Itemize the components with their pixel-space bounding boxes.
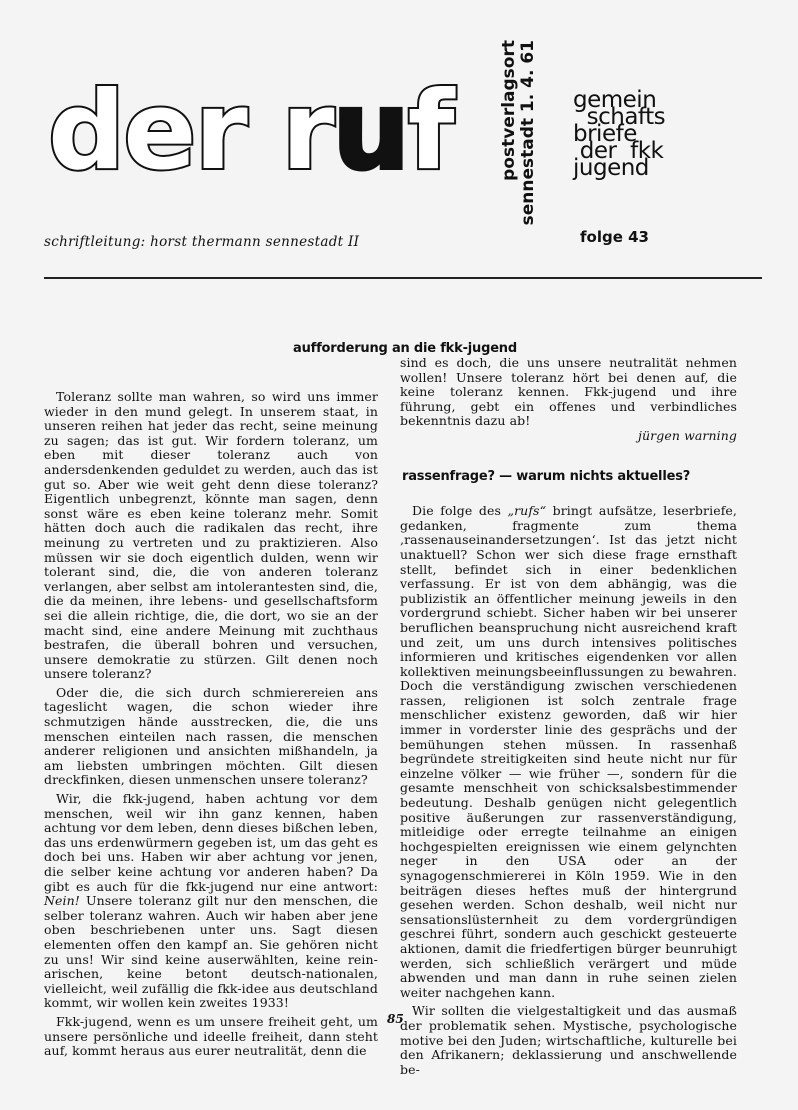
paragraph: Wir, die fkk-jugend, haben achtung vor d…	[44, 792, 378, 1011]
author-signature: jürgen warning	[400, 429, 737, 444]
paragraph: Toleranz sollte man wahren, so wird uns …	[44, 390, 378, 682]
editor-line: schriftleitung: horst thermann sennestad…	[44, 234, 359, 250]
logo-text-u: u	[333, 69, 408, 194]
masthead-logo: der ruf	[48, 78, 453, 186]
paragraph: Fkk-jugend, wenn es um unsere freiheit g…	[44, 1015, 378, 1059]
left-column: Toleranz sollte man wahren, so wird uns …	[44, 390, 378, 1063]
emphasis: Nein!	[44, 893, 80, 908]
paragraph: Oder die, die sich durch schmierereien a…	[44, 686, 378, 788]
issue-number: folge 43	[580, 228, 649, 246]
text-run: Unsere toleranz gilt nur den menschen, d…	[44, 893, 378, 1010]
text-run: Wir, die fkk-jugend, haben achtung vor d…	[44, 791, 378, 894]
postverlag-vertical: postverlagsort sennestadt 1. 4. 61	[500, 40, 540, 260]
subtitle-block: gemein schafts briefe der fkk jugend	[573, 92, 665, 177]
text-run: Die folge des	[412, 503, 508, 518]
emphasis: „rufs“	[508, 503, 547, 518]
paragraph-continuation: sind es doch, die uns unsere neutralität…	[400, 356, 737, 429]
postverlag-line1: postverlagsort	[500, 40, 519, 260]
paragraph: Wir sollten die vielgestaltigkeit und da…	[400, 1004, 737, 1077]
right-column: sind es doch, die uns unsere neutralität…	[400, 356, 737, 1081]
paragraph: Die folge des „rufs“ bringt aufsätze, le…	[400, 504, 737, 1000]
postverlag-line2: sennestadt 1. 4. 61	[519, 40, 538, 260]
logo-text-der-r: der r	[48, 69, 333, 194]
text-run: bringt aufsätze, leserbriefe, gedanken, …	[400, 503, 737, 1000]
header-divider	[44, 277, 762, 279]
article-title: aufforderung an die fkk-jugend	[0, 341, 798, 356]
logo-text-f: f	[408, 69, 453, 194]
section-title: rassenfrage? — warum nichts aktuelles?	[402, 470, 737, 485]
page-number: 85	[387, 1012, 404, 1026]
